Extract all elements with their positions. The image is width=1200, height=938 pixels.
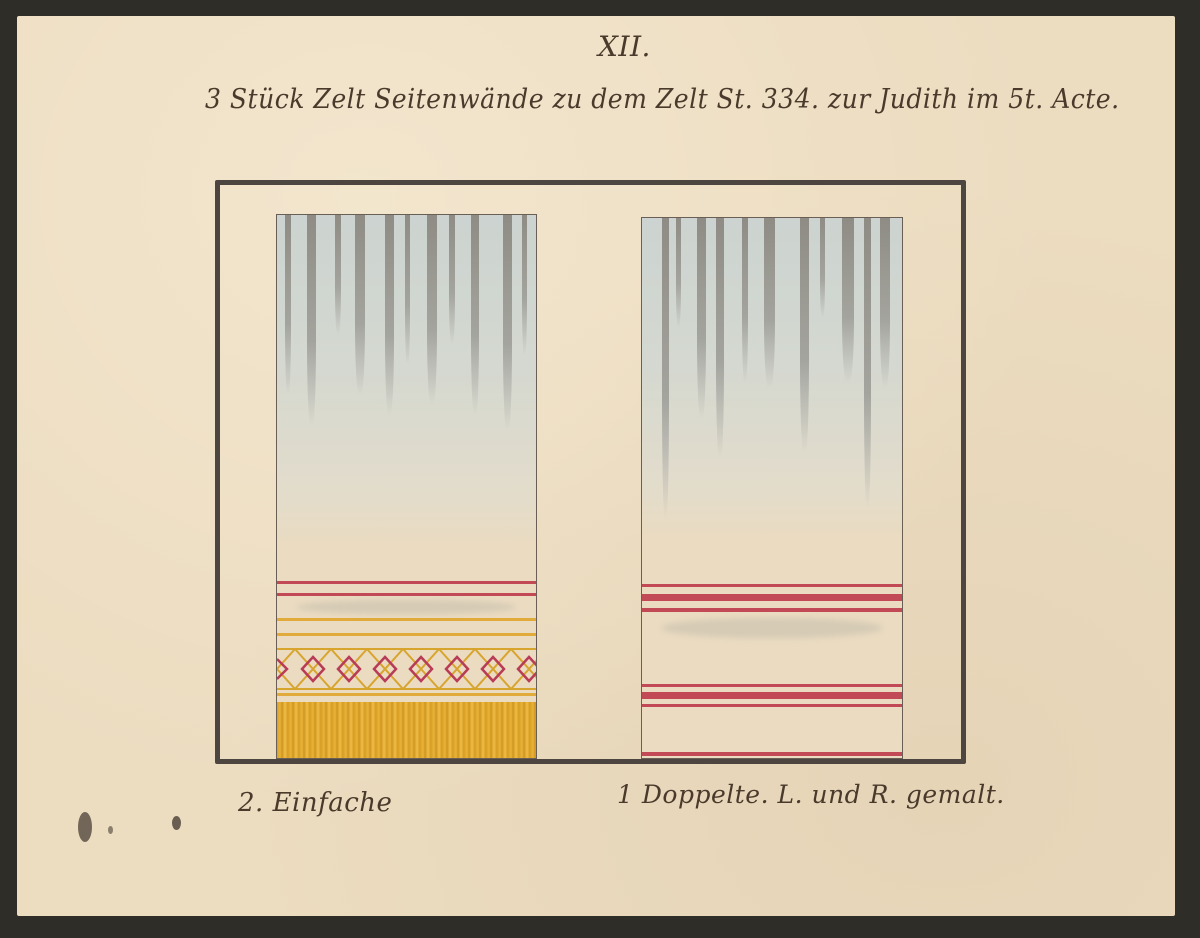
red-stripe [642, 594, 902, 601]
gold-fringe [277, 702, 536, 758]
drip-stroke [742, 218, 748, 383]
tent-wall-panel-left [276, 214, 537, 759]
ink-blot [172, 816, 181, 830]
drip-stroke [355, 215, 365, 395]
grey-wash [297, 600, 516, 614]
gold-stripe [277, 693, 536, 696]
drip-stroke [385, 215, 394, 415]
red-stripe [642, 608, 902, 612]
drip-stroke [864, 218, 871, 508]
diamond-border-band [277, 647, 536, 691]
gold-stripe [277, 618, 536, 621]
drip-stroke [307, 215, 316, 425]
drip-stroke [405, 215, 410, 365]
red-stripe [642, 752, 902, 756]
drip-stroke [449, 215, 455, 345]
drip-stroke [800, 218, 809, 453]
drip-stroke [522, 215, 527, 355]
red-stripe [277, 593, 536, 596]
drip-stroke [427, 215, 437, 405]
drip-stroke [503, 215, 512, 430]
tent-wall-panel-right [641, 217, 903, 759]
caption-left-panel: 2. Einfache [238, 788, 392, 818]
red-stripe [277, 581, 536, 584]
drip-stroke [676, 218, 681, 328]
ink-blot [78, 812, 92, 842]
ink-blot [108, 826, 113, 834]
drip-stroke [764, 218, 775, 388]
plate-number: XII. [598, 30, 651, 63]
drip-stroke [820, 218, 825, 318]
drip-stroke [716, 218, 724, 458]
drip-stroke [697, 218, 706, 418]
drip-stroke [662, 218, 669, 518]
red-stripe [642, 704, 902, 707]
drip-stroke [471, 215, 479, 415]
drip-stroke [880, 218, 890, 388]
red-stripe [642, 584, 902, 587]
gold-stripe [277, 633, 536, 636]
page-heading: 3 Stück Zelt Seitenwände zu dem Zelt St.… [205, 84, 1120, 115]
drip-stroke [285, 215, 291, 395]
drip-stroke [335, 215, 341, 335]
grey-wash [662, 618, 882, 638]
red-stripe [642, 692, 902, 699]
red-stripe [642, 684, 902, 687]
caption-right-panel: 1 Doppelte. L. und R. gemalt. [617, 780, 1005, 809]
drip-stroke [842, 218, 854, 383]
